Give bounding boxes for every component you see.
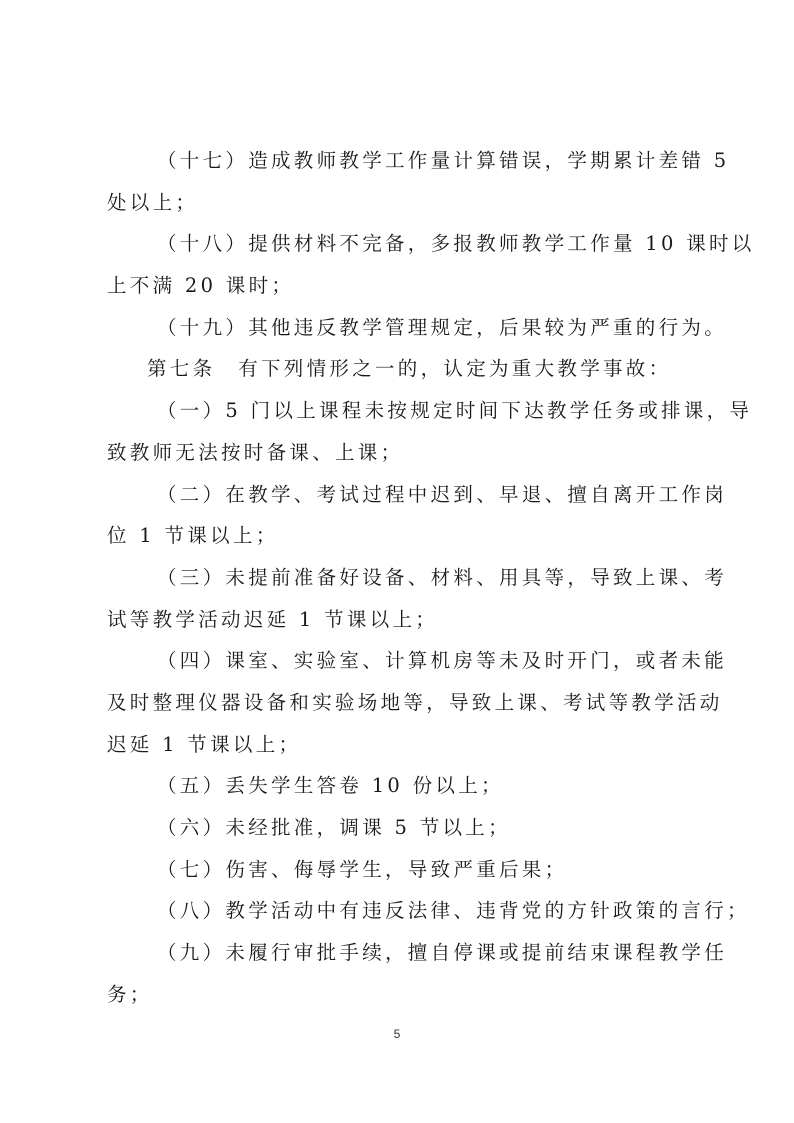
- article-7-heading: 第七条 有下列情形之一的，认定为重大教学事故：: [107, 348, 691, 390]
- document-page: （十七）造成教师教学工作量计算错误，学期累计差错 5 处以上； （十八）提供材料…: [0, 0, 794, 1123]
- major-item-8-line-1: （八）教学活动中有违反法律、违背党的方针政策的言行；: [107, 890, 691, 932]
- major-item-4-line-1: （四）课室、实验室、计算机房等未及时开门，或者未能: [107, 640, 691, 682]
- major-item-6-line-1: （六）未经批准，调课 5 节以上；: [107, 807, 691, 849]
- major-item-4-line-2: 及时整理仪器设备和实验场地等，导致上课、考试等教学活动: [107, 682, 691, 724]
- major-item-2-line-2: 位 1 节课以上；: [107, 515, 691, 557]
- major-item-7-line-1: （七）伤害、侮辱学生，导致严重后果；: [107, 849, 691, 891]
- item-18-line-1: （十八）提供材料不完备，多报教师教学工作量 10 课时以: [107, 223, 691, 265]
- item-19-line-1: （十九）其他违反教学管理规定，后果较为严重的行为。: [107, 307, 691, 349]
- major-item-5-line-1: （五）丢失学生答卷 10 份以上；: [107, 765, 691, 807]
- major-item-1-line-2: 致教师无法按时备课、上课；: [107, 432, 691, 474]
- item-18-line-2: 上不满 20 课时；: [107, 265, 691, 307]
- major-item-2-line-1: （二）在教学、考试过程中迟到、早退、擅自离开工作岗: [107, 474, 691, 516]
- major-item-3-line-2: 试等教学活动迟延 1 节课以上；: [107, 599, 691, 641]
- major-item-1-line-1: （一）5 门以上课程未按规定时间下达教学任务或排课，导: [107, 390, 691, 432]
- item-17-line-2: 处以上；: [107, 182, 691, 224]
- major-item-9-line-2: 务；: [107, 974, 691, 1016]
- item-17-line-1: （十七）造成教师教学工作量计算错误，学期累计差错 5: [107, 140, 691, 182]
- major-item-4-line-3: 迟延 1 节课以上；: [107, 724, 691, 766]
- page-number: 5: [0, 1027, 794, 1041]
- document-body: （十七）造成教师教学工作量计算错误，学期累计差错 5 处以上； （十八）提供材料…: [107, 140, 691, 1015]
- major-item-9-line-1: （九）未履行审批手续，擅自停课或提前结束课程教学任: [107, 932, 691, 974]
- major-item-3-line-1: （三）未提前准备好设备、材料、用具等，导致上课、考: [107, 557, 691, 599]
